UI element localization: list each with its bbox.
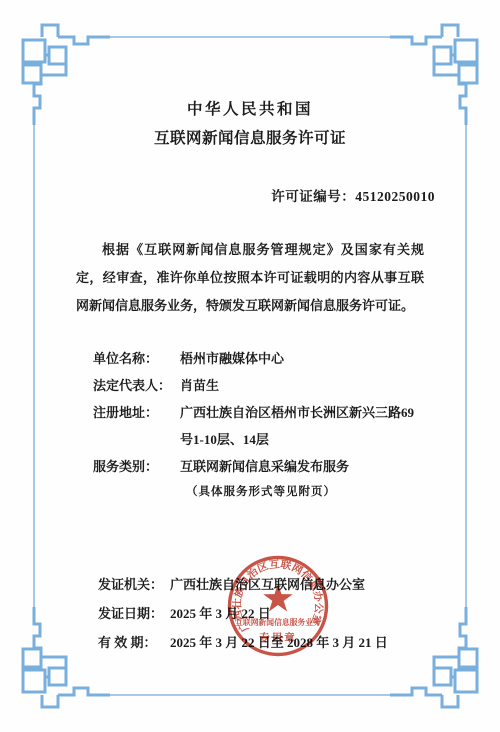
certificate-title: 互联网新闻信息服务许可证 bbox=[0, 126, 500, 148]
grant-paragraph: 根据《互联网新闻信息服务管理规定》及国家有关规定，经审查，准许你单位按照本许可证… bbox=[76, 236, 424, 320]
service-note: （具体服务形式等见附页） bbox=[186, 483, 336, 499]
field-value: 互联网新闻信息采编发布服务 bbox=[180, 453, 432, 480]
field-value: 梧州市融媒体中心 bbox=[180, 345, 432, 372]
fret-corner-icon bbox=[0, 607, 110, 732]
country-title: 中华人民共和国 bbox=[0, 97, 500, 119]
footer-row-issue-date: 发证日期： 2025 年 3 月 22 日 bbox=[98, 601, 470, 627]
field-value: 广西壮族自治区梧州市长洲区新兴三路69号1-10层、14层 bbox=[180, 399, 420, 453]
field-label: 单位名称： bbox=[93, 345, 180, 372]
footer-value: 2025 年 3 月 22 日至 2028 年 3 月 21 日 bbox=[170, 630, 470, 656]
frame-line-bottom bbox=[108, 694, 392, 696]
certificate-page: 中华人民共和国 互联网新闻信息服务许可证 许可证编号：45120250010 根… bbox=[0, 0, 500, 732]
frame-line-left bbox=[33, 124, 35, 608]
field-row-legal-rep: 法定代表人： 肖苗生 bbox=[93, 372, 432, 399]
footer-value: 广西壮族自治区互联网信息办公室 bbox=[170, 572, 470, 598]
frame-line-top bbox=[108, 36, 392, 38]
field-row-unit-name: 单位名称： 梧州市融媒体中心 bbox=[93, 345, 432, 372]
license-number-value: 45120250010 bbox=[355, 189, 435, 204]
license-number-line: 许可证编号：45120250010 bbox=[271, 185, 435, 205]
footer-label: 发证日期： bbox=[98, 601, 170, 627]
license-number-label: 许可证编号： bbox=[271, 189, 355, 204]
field-label: 法定代表人： bbox=[93, 372, 180, 399]
field-value: 肖苗生 bbox=[180, 372, 432, 399]
footer-row-validity-period: 有 效 期： 2025 年 3 月 22 日至 2028 年 3 月 21 日 bbox=[98, 630, 470, 656]
field-row-registered-address: 注册地址： 广西壮族自治区梧州市长洲区新兴三路69号1-10层、14层 bbox=[93, 399, 420, 453]
footer-value: 2025 年 3 月 22 日 bbox=[170, 601, 470, 627]
footer-label: 有 效 期： bbox=[98, 630, 170, 656]
field-label: 注册地址： bbox=[93, 399, 180, 453]
footer-label: 发证机关： bbox=[98, 572, 170, 598]
field-row-service-type: 服务类别： 互联网新闻信息采编发布服务 bbox=[93, 453, 432, 480]
field-label: 服务类别： bbox=[93, 453, 180, 480]
frame-line-right bbox=[465, 124, 467, 608]
footer-row-issuing-authority: 发证机关： 广西壮族自治区互联网信息办公室 bbox=[98, 572, 470, 598]
